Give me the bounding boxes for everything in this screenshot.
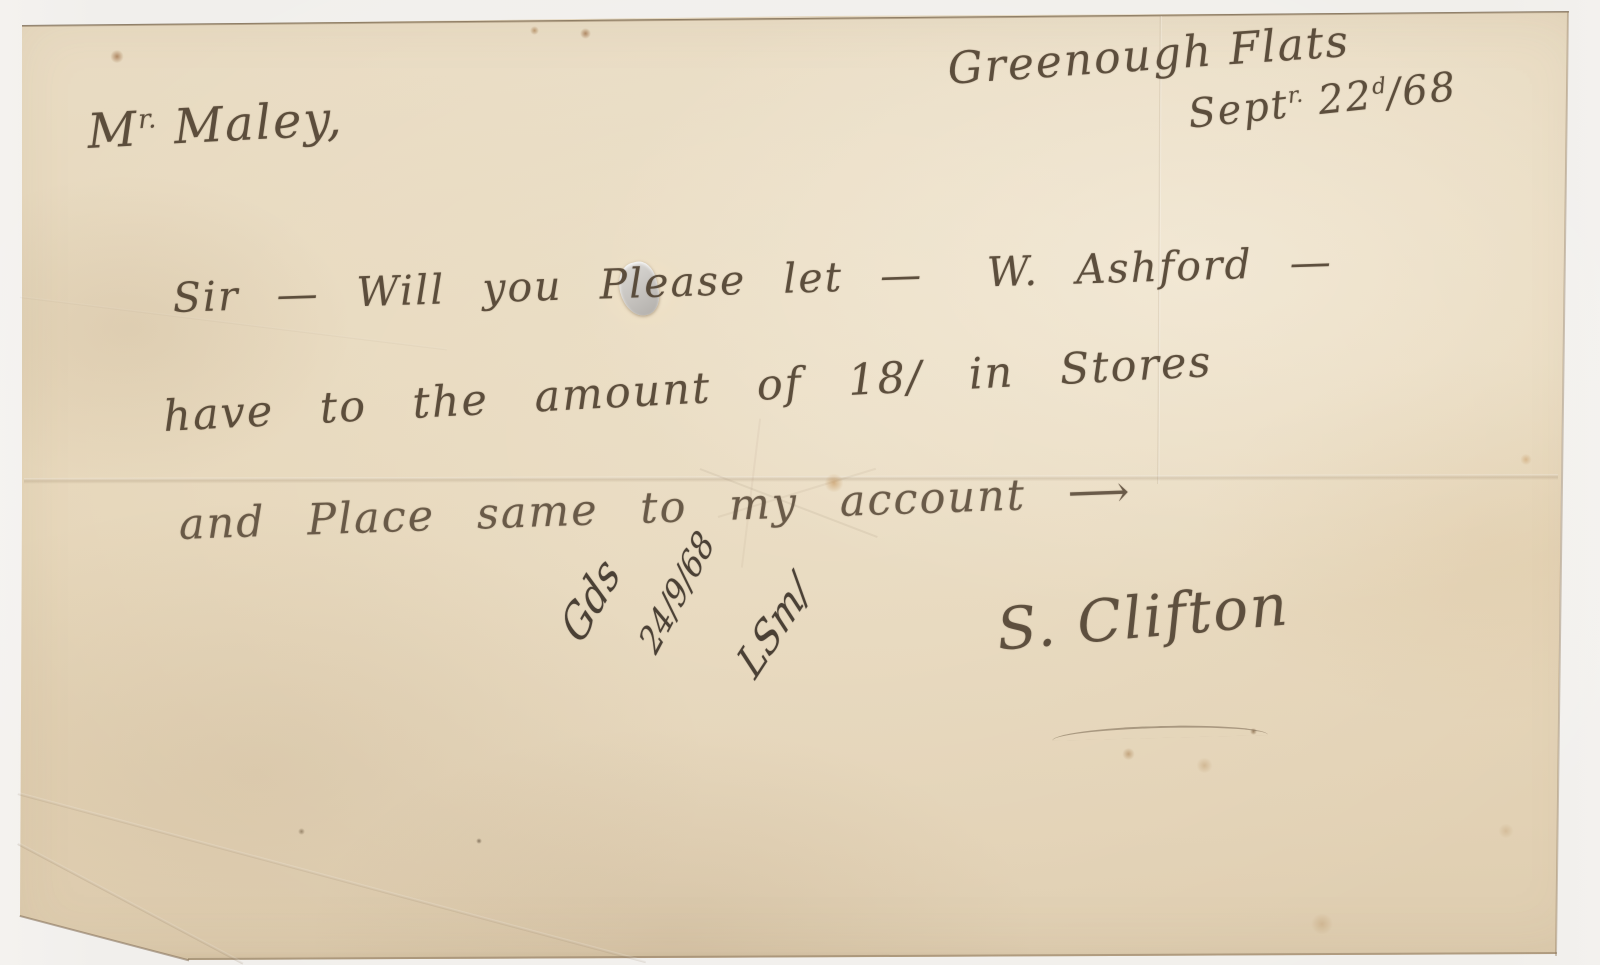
date-month-sup: r. [1286,83,1304,109]
salutation-initial: M [86,101,140,160]
body-l3-mid: same [476,485,600,539]
body-l1-dash: — [276,269,320,318]
body-l1-dash2: — [879,250,923,299]
salutation-sup: r. [137,103,157,135]
body-l3-start: and Place [178,491,436,550]
body-l1-trail: — [1289,238,1333,287]
date-year: /68 [1384,64,1459,117]
body-l1-open: Sir [172,272,240,322]
date-day: 22 [1316,73,1375,124]
body-l1-name: W. Ashford [986,240,1253,296]
scanned-letter: Greenough Flats Septr. 22d/68 Mr. Maley,… [0,0,1600,965]
spacing-gap [923,286,987,288]
flourish-arrow: ⟶ [1067,467,1130,519]
salutation-name: Maley, [172,91,344,156]
